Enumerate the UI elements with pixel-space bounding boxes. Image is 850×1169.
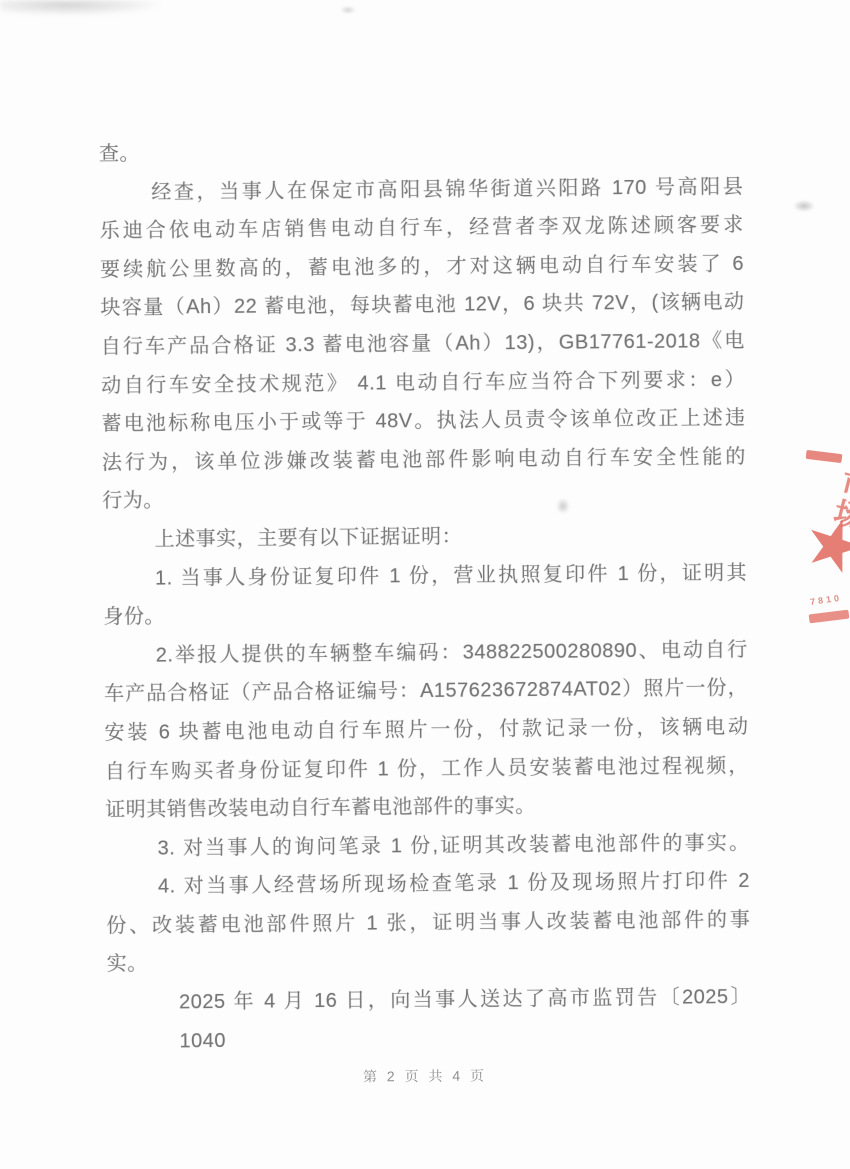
- seal-star-icon: [799, 511, 850, 582]
- text-line: 行为。: [102, 476, 746, 521]
- text-line: 上述事实，主要有以下证据证明：: [102, 515, 746, 560]
- scan-artifact: [340, 6, 356, 14]
- text-line: 查。: [99, 129, 743, 174]
- text-line: 1. 当事人身份证复印件 1 份，营业执照复印件 1 份，证明其: [103, 553, 747, 598]
- text-line: 法行为，该单位涉嫌改装蓄电池部件影响电动自行车安全性能的: [102, 438, 746, 483]
- text-line: 4. 对当事人经营场所现场检查笔录 1 份及现场照片打印件 2: [106, 862, 750, 907]
- text-line: 证明其销售改装电动自行车蓄电池部件的事实。: [105, 785, 749, 830]
- text-line: 实。: [107, 939, 751, 984]
- text-line: 乐迪合依电动车店销售电动自行车，经营者李双龙陈述顾客要求: [99, 206, 743, 251]
- document-body: 查。 经查，当事人在保定市高阳县锦华街道兴阳路 170 号高阳县 乐迪合依电动车…: [99, 129, 751, 1023]
- text-line: 2025 年 4 月 16 日，向当事人送达了高市监罚告〔2025〕1040: [107, 978, 751, 1023]
- text-line: 经查，当事人在保定市高阳县锦华街道兴阳路 170 号高阳县: [99, 168, 743, 213]
- seal-stroke-fragment: [806, 450, 843, 463]
- text-line: 身份。: [103, 592, 747, 637]
- seal-stroke-fragment: [809, 610, 850, 624]
- page-number: 第 2 页 共 4 页: [0, 1063, 850, 1089]
- text-line: 自行车购买者身份证复印件 1 份，工作人员安装蓄电池过程视频，: [105, 746, 749, 791]
- scanned-document-page: 查。 经查，当事人在保定市高阳县锦华街道兴阳路 170 号高阳县 乐迪合依电动车…: [0, 0, 850, 1169]
- scan-artifact: [793, 200, 815, 212]
- text-line: 要续航公里数高的，蓄电池多的，才对这辆电动自行车安装了 6: [100, 245, 744, 290]
- text-line: 车产品合格证（产品合格证编号：A157623672874AT02）照片一份，: [104, 669, 748, 714]
- text-line: 自行车产品合格证 3.3 蓄电池容量（Ah）13)，GB17761-2018《电: [101, 322, 745, 367]
- text-line: 安装 6 块蓄电池电动自行车照片一份，付款记录一份，该辆电动: [104, 708, 748, 753]
- text-line: 蓄电池标称电压小于或等于 48V。执法人员责令该单位改正上述违: [101, 399, 745, 444]
- text-line: 份、改装蓄电池部件照片 1 张，证明当事人改装蓄电池部件的事: [106, 901, 750, 946]
- text-line: 动自行车安全技术规范》 4.1 电动自行车应当符合下列要求：e）: [101, 360, 745, 405]
- text-line: 2.举报人提供的车辆整车编码：348822500280890、电动自行: [104, 631, 748, 676]
- text-line: 3. 对当事人的询问笔录 1 份,证明其改装蓄电池部件的事实。: [105, 824, 749, 869]
- scan-artifact: [0, 0, 165, 16]
- seal-text-fragment: 市场: [795, 460, 850, 568]
- seal-serial-number: 7810: [810, 591, 850, 607]
- text-line: 块容量（Ah）22 蓄电池，每块蓄电池 12V，6 块共 72V，(该辆电动: [100, 283, 744, 328]
